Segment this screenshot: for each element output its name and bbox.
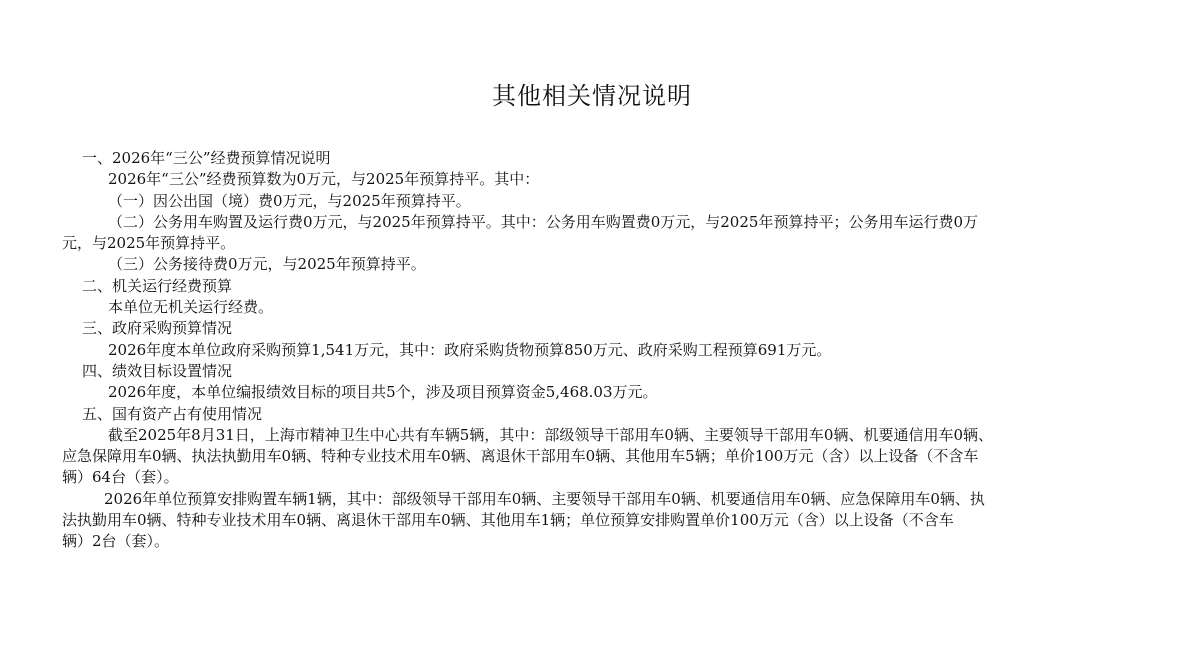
paragraph-line: 截至2025年8月31日，上海市精神卫生中心共有车辆5辆，其中：部级领导干部用车… [62,425,1122,446]
paragraph-line: （一）因公出国（境）费0万元，与2025年预算持平。 [62,191,1122,212]
paragraph-line: 辆）64台（套）。 [62,467,1122,488]
paragraph-line: 2026年度，本单位编报绩效目标的项目共5个，涉及项目预算资金5,468.03万… [62,382,1122,403]
section-heading-5: 五、国有资产占有使用情况 [62,404,1122,425]
paragraph-line: 辆）2台（套）。 [62,531,1122,552]
paragraph-line: 2026年度本单位政府采购预算1,541万元，其中：政府采购货物预算850万元、… [62,340,1122,361]
document-body: 一、2026年“三公”经费预算情况说明 2026年“三公”经费预算数为0万元，与… [62,148,1122,553]
paragraph-line: 本单位无机关运行经费。 [62,297,1122,318]
paragraph-line: 元，与2025年预算持平。 [62,233,1122,254]
section-heading-1: 一、2026年“三公”经费预算情况说明 [62,148,1122,169]
section-heading-4: 四、绩效目标设置情况 [62,361,1122,382]
paragraph-line: 应急保障用车0辆、执法执勤用车0辆、特种专业技术用车0辆、离退休干部用车0辆、其… [62,446,1122,467]
paragraph-line: 法执勤用车0辆、特种专业技术用车0辆、离退休干部用车0辆、其他用车1辆；单位预算… [62,510,1122,531]
page-title: 其他相关情况说明 [0,76,1184,111]
paragraph-line: （二）公务用车购置及运行费0万元，与2025年预算持平。其中：公务用车购置费0万… [62,212,1122,233]
section-heading-2: 二、机关运行经费预算 [62,276,1122,297]
paragraph-line: 2026年“三公”经费预算数为0万元，与2025年预算持平。其中： [62,169,1122,190]
paragraph-line: （三）公务接待费0万元，与2025年预算持平。 [62,254,1122,275]
paragraph-line: 2026年单位预算安排购置车辆1辆，其中：部级领导干部用车0辆、主要领导干部用车… [62,489,1122,510]
section-heading-3: 三、政府采购预算情况 [62,318,1122,339]
